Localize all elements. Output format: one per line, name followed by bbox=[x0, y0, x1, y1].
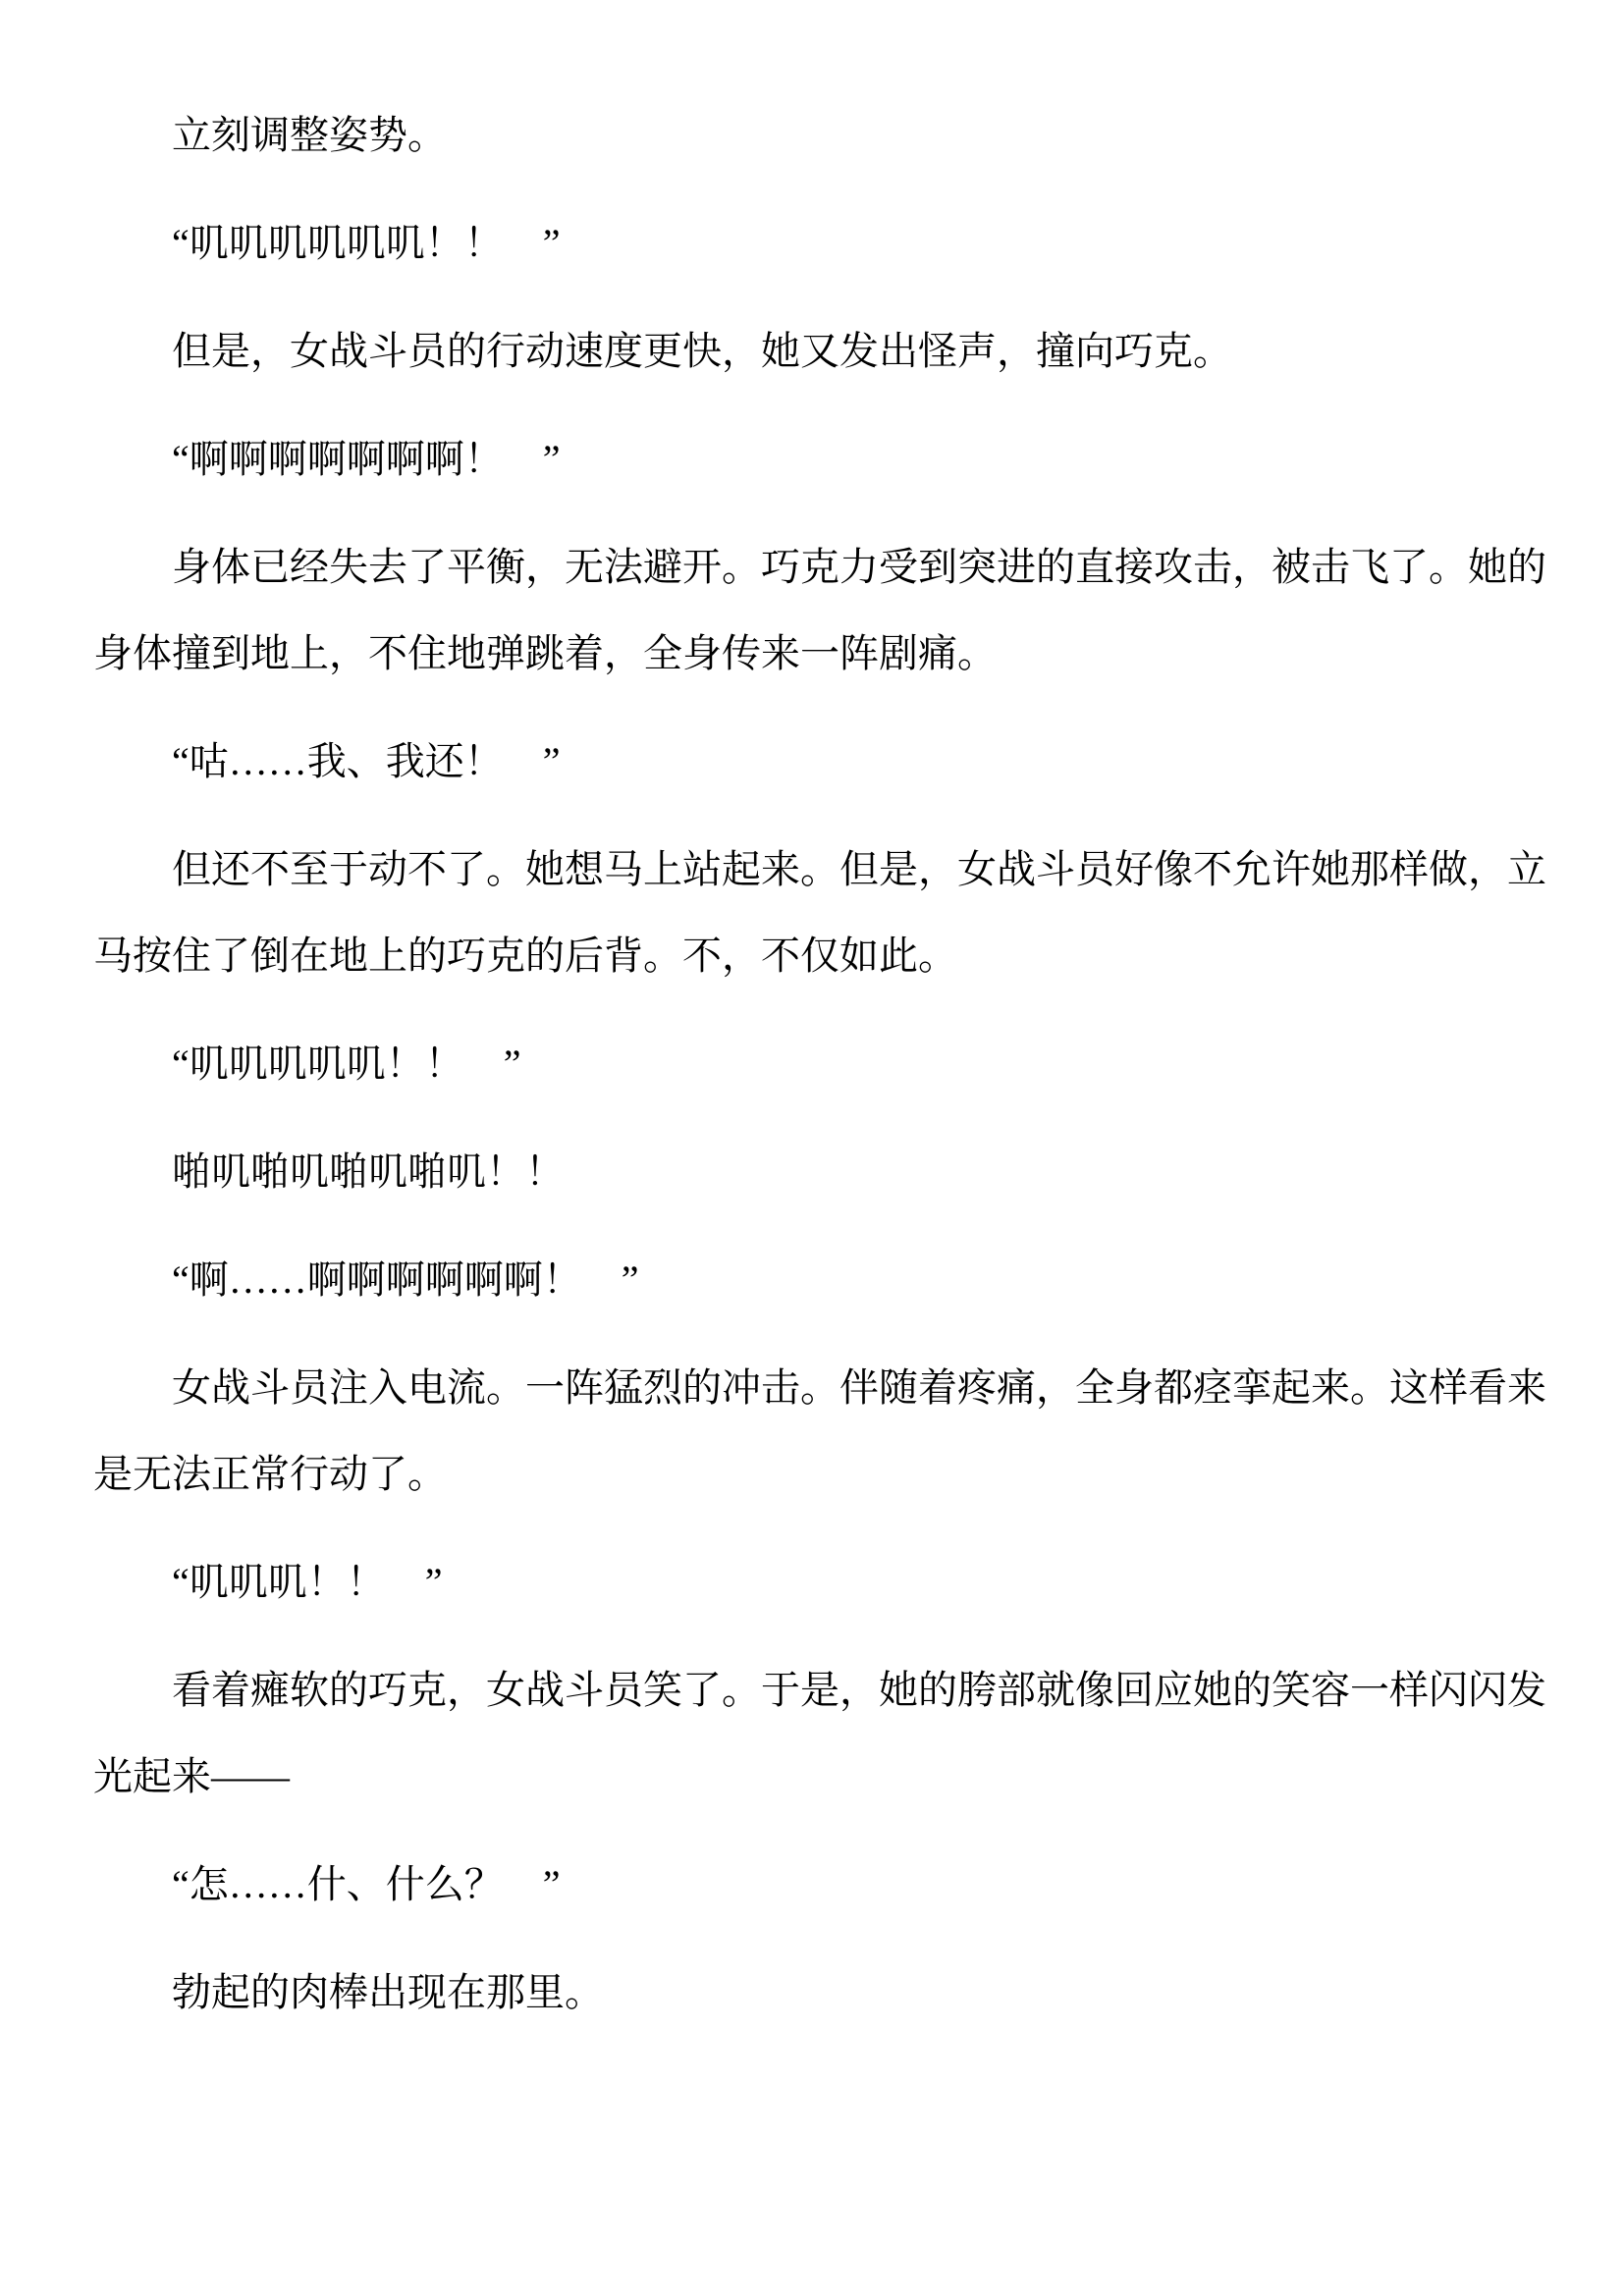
paragraph-dialogue: “咕……我、我还！ ” bbox=[93, 719, 1546, 805]
paragraph: 但还不至于动不了。她想马上站起来。但是，女战斗员好像不允许她那样做，立马按住了倒… bbox=[93, 827, 1546, 999]
paragraph: 勃起的肉棒出现在那里。 bbox=[93, 1949, 1546, 2036]
paragraph: 女战斗员注入电流。一阵猛烈的冲击。伴随着疼痛，全身都痉挛起来。这样看来是无法正常… bbox=[93, 1345, 1546, 1518]
paragraph-dialogue: “叽叽叽叽叽叽！！ ” bbox=[93, 200, 1546, 287]
paragraph: 看着瘫软的巧克，女战斗员笑了。于是，她的胯部就像回应她的笑容一样闪闪发光起来—— bbox=[93, 1647, 1546, 1820]
paragraph-dialogue: “啊啊啊啊啊啊啊！ ” bbox=[93, 416, 1546, 503]
paragraph-sfx: 啪叽啪叽啪叽啪叽！！ bbox=[93, 1129, 1546, 1215]
paragraph: 但是，女战斗员的行动速度更快，她又发出怪声，撞向巧克。 bbox=[93, 308, 1546, 395]
document-page: 立刻调整姿势。 “叽叽叽叽叽叽！！ ” 但是，女战斗员的行动速度更快，她又发出怪… bbox=[0, 0, 1624, 2296]
paragraph: 身体已经失去了平衡，无法避开。巧克力受到突进的直接攻击，被击飞了。她的身体撞到地… bbox=[93, 524, 1546, 697]
paragraph: 立刻调整姿势。 bbox=[93, 92, 1546, 179]
paragraph-dialogue: “怎……什、什么？ ” bbox=[93, 1842, 1546, 1928]
paragraph-dialogue: “叽叽叽！！ ” bbox=[93, 1539, 1546, 1626]
paragraph-dialogue: “啊……啊啊啊啊啊啊！ ” bbox=[93, 1237, 1546, 1323]
paragraph-dialogue: “叽叽叽叽叽！！ ” bbox=[93, 1021, 1546, 1107]
